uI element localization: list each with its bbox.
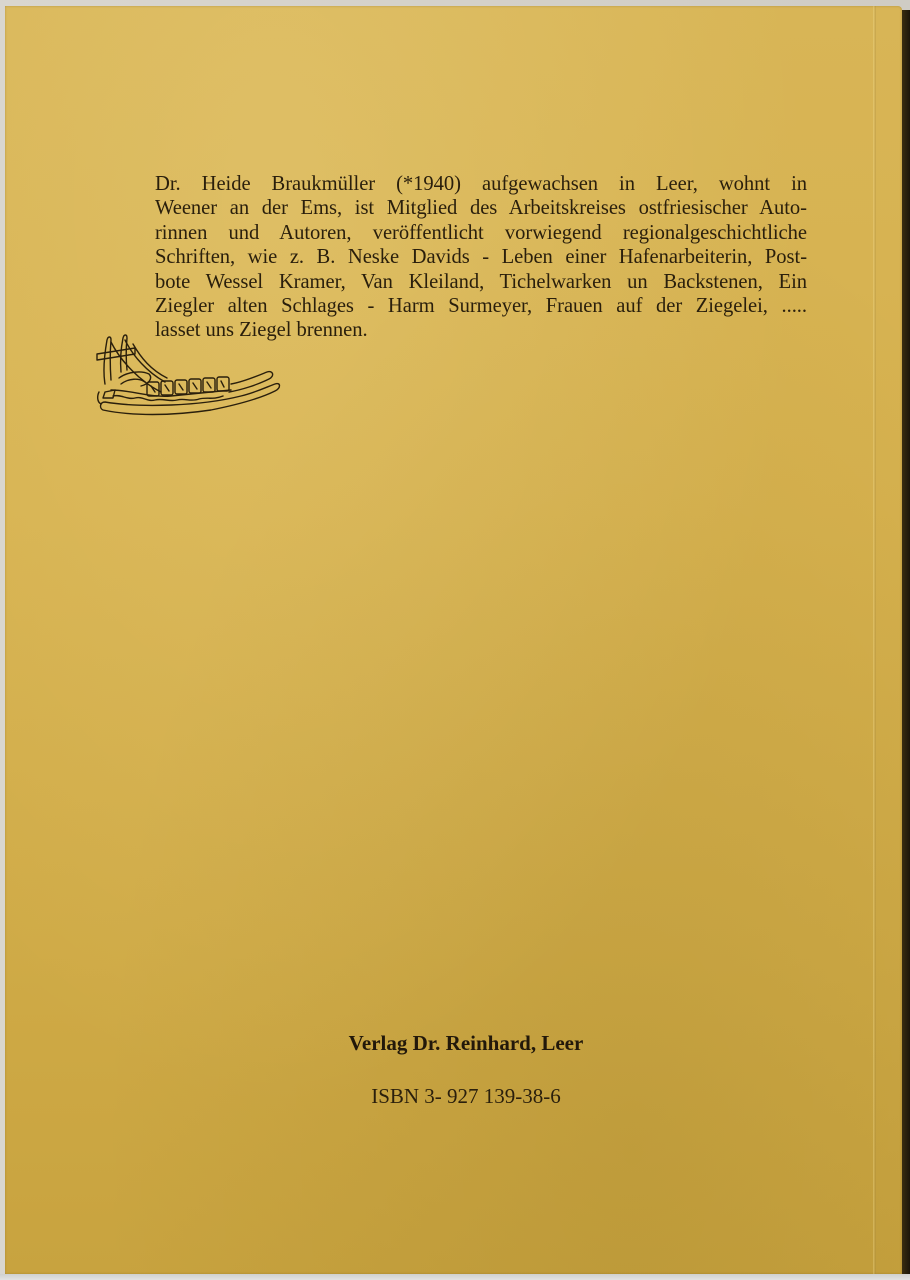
brick-sledge-icon [91,332,281,422]
publisher-name: Verlag Dr. Reinhard, Leer [5,1031,902,1056]
bio-line: Schriften, wie z. B. Neske Davids - Lebe… [155,245,807,269]
bio-line: Ziegler alten Schlages - Harm Surmeyer, … [155,294,807,318]
bio-line: Weener an der Ems, ist Mitglied des Arbe… [155,196,807,220]
author-bio: Dr. Heide Braukmüller (*1940) aufgewachs… [155,172,807,343]
bio-line: rinnen und Autoren, veröffentlicht vorwi… [155,221,807,245]
bio-line: bote Wessel Kramer, Van Kleiland, Tichel… [155,270,807,294]
photo-scene: Dr. Heide Braukmüller (*1940) aufgewachs… [0,0,910,1280]
surface-edge [0,1274,910,1280]
edge-shadow [902,10,910,1276]
book-back-cover: Dr. Heide Braukmüller (*1940) aufgewachs… [5,6,902,1274]
isbn-number: ISBN 3- 927 139-38-6 [5,1084,902,1109]
bio-line: Dr. Heide Braukmüller (*1940) aufgewachs… [155,172,807,196]
